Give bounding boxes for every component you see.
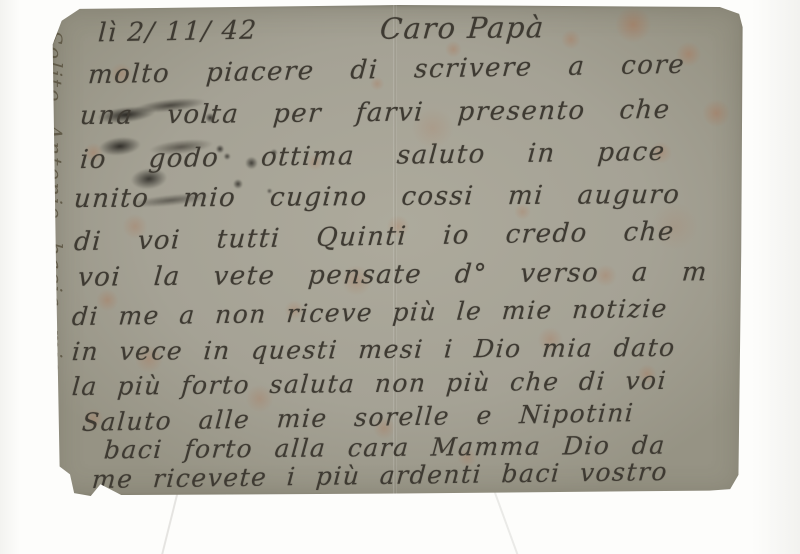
background-crease-line bbox=[160, 493, 179, 554]
handwritten-line: di voi tutti Quinti io credo che bbox=[73, 217, 676, 258]
scanner-background: lì 2/ 11/ 42 Caro Papà molto piacere di … bbox=[0, 0, 800, 554]
letter-date: lì 2/ 11/ 42 bbox=[97, 16, 258, 49]
letter-salutation: Caro Papà bbox=[379, 10, 547, 45]
margin-note-vertical: Solito Antonio bacia mio cug bbox=[42, 29, 66, 441]
handwritten-line: di me a non riceve più le mie notizie bbox=[71, 294, 669, 331]
handwritten-line: voi la vete pensate d° verso a m bbox=[77, 257, 709, 293]
background-crease-line bbox=[493, 490, 519, 554]
handwritten-line: una volta per farvi presento che bbox=[79, 95, 672, 131]
handwritten-line: la più forto saluta non più che di voi bbox=[71, 366, 668, 401]
handwritten-line: unito mio cugino cossi mi auguro bbox=[73, 180, 682, 214]
handwritten-line: in vece in questi mesi i Dio mia dato bbox=[71, 333, 677, 366]
postcard: lì 2/ 11/ 42 Caro Papà molto piacere di … bbox=[52, 5, 744, 497]
handwritten-line: molto piacere di scrivere a core bbox=[87, 50, 686, 90]
